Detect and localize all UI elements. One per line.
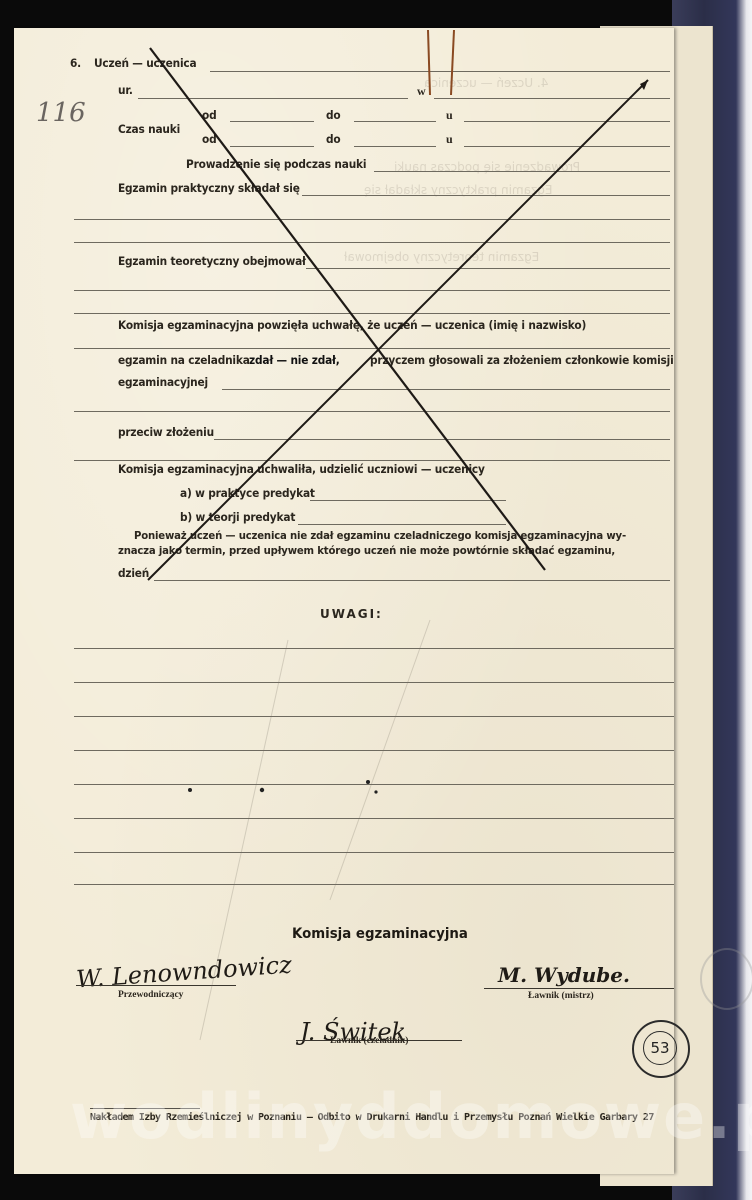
pencil-mark-1: [428, 30, 430, 95]
pencil-mark-2: [451, 30, 454, 95]
bleed-through-stroke: [200, 640, 288, 1040]
cross-out-overlay: [0, 0, 752, 1200]
watermark: wodlinyddomowe.pl: [70, 1080, 752, 1153]
bleed-through-stroke: [330, 620, 430, 900]
ink-dot: [188, 788, 192, 792]
cross-out-line-1: [150, 48, 545, 570]
cross-out-tip: [640, 80, 648, 90]
ink-dot: [260, 788, 264, 792]
cross-out-line-2: [148, 80, 648, 580]
ink-dot: [366, 780, 370, 784]
ink-dot: [374, 790, 377, 793]
